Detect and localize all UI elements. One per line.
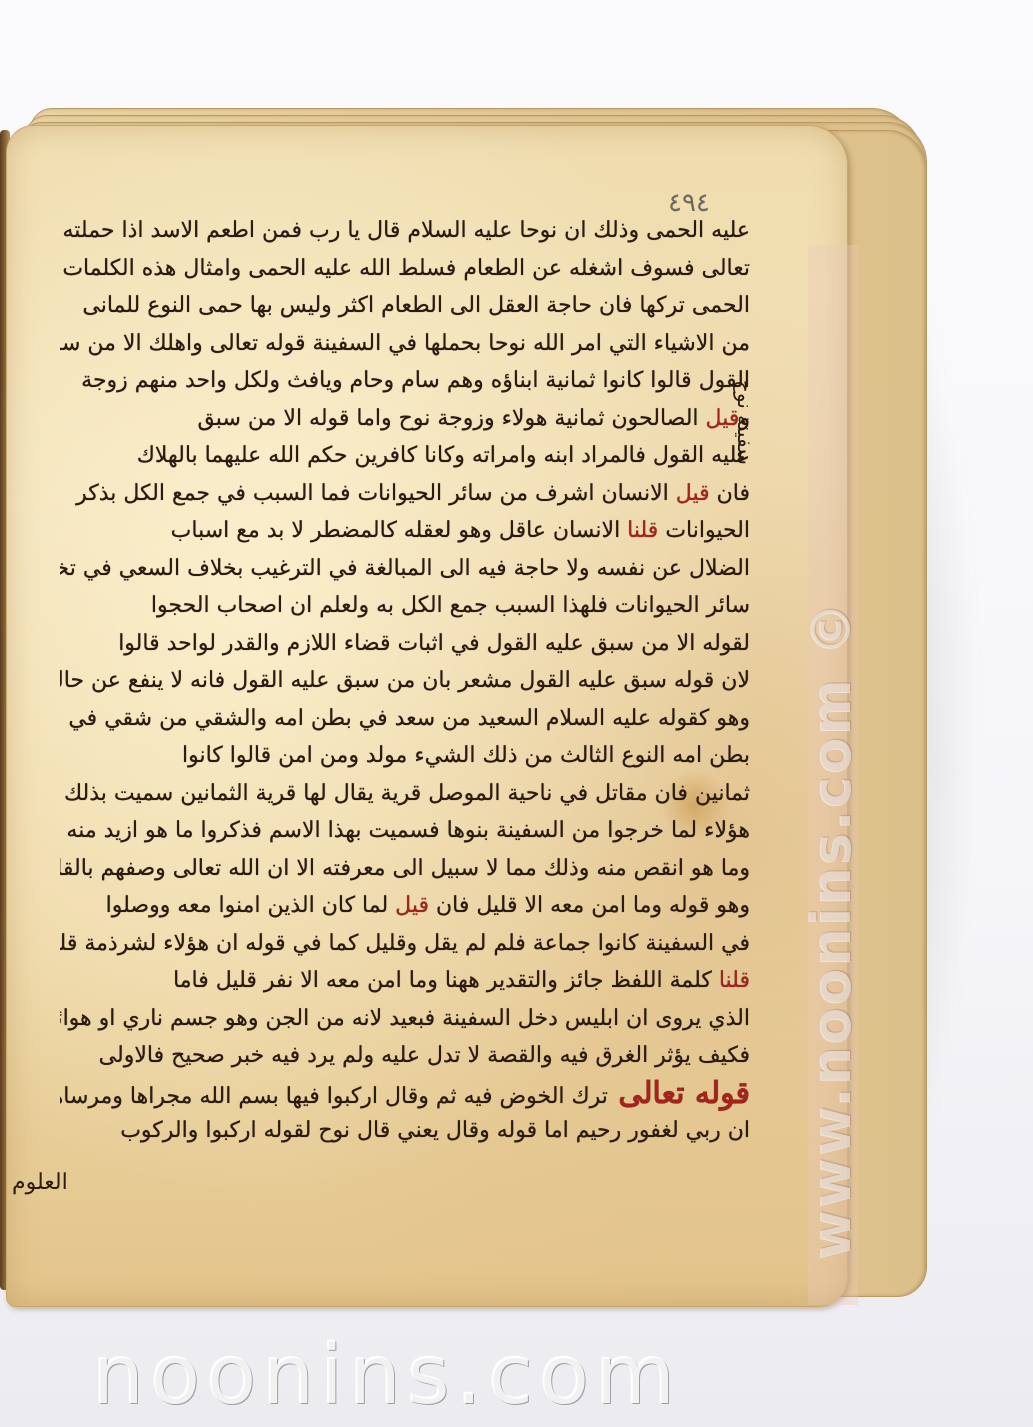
manuscript-line: قوله تعالى ترك الخوض فيه ثم وقال اركبوا … xyxy=(60,1075,750,1113)
manuscript-line: فان قيل الانسان اشرف من سائر الحيوانات ف… xyxy=(60,475,750,513)
rubric-word: قيل xyxy=(676,481,710,506)
manuscript-line: الحيوانات قلنا الانسان عاقل وهو لعقله كا… xyxy=(60,512,750,550)
rubric-word: قيل xyxy=(395,893,429,918)
manuscript-line: وقيل الصالحون ثمانية هولاء وزوجة نوح وام… xyxy=(60,400,750,438)
manuscript-line: وهو كقوله عليه السلام السعيد من سعد في ب… xyxy=(60,700,750,738)
manuscript-line: قلنا كلمة اللفظ جائز والتقدير ههنا وما ا… xyxy=(60,962,750,1000)
manuscript-line: ان ربي لغفور رحيم اما قوله وقال يعني قال… xyxy=(60,1112,750,1150)
rubric-word: قوله تعالى xyxy=(608,1076,750,1111)
manuscript-line: عليه القول فالمراد ابنه وامراته وكانا كا… xyxy=(60,437,750,475)
manuscript-line: وما هو انقص منه وذلك مما لا سبيل الى معر… xyxy=(60,850,750,888)
watermark-vertical: www.noonins.com © xyxy=(800,600,863,1260)
manuscript-line: في السفينة كانوا جماعة فلم لم يقل وقليل … xyxy=(60,925,750,963)
watermark-bottom: noonins.com xyxy=(92,1328,681,1423)
manuscript-line: بطن امه النوع الثالث من ذلك الشيء مولد و… xyxy=(60,737,750,775)
manuscript-line: لقوله الا من سبق عليه القول في اثبات قضا… xyxy=(60,625,750,663)
rubric-word: قلنا xyxy=(719,968,750,993)
catchword: العلوم xyxy=(12,1170,68,1195)
manuscript-line: من الاشياء التي امر الله نوحا بحملها في … xyxy=(60,325,750,363)
manuscript-line: وهو قوله وما امن معه الا قليل فان قيل لم… xyxy=(60,887,750,925)
manuscript-line: فكيف يؤثر الغرق فيه والقصة لا تدل عليه و… xyxy=(60,1037,750,1075)
manuscript-text-block: عليه الحمى وذلك ان نوحا عليه السلام قال … xyxy=(60,212,750,1150)
manuscript-line: القول قالوا كانوا ثمانية ابناؤه وهم سام … xyxy=(60,362,750,400)
manuscript-line: تعالى فسوف اشغله عن الطعام فسلط الله علي… xyxy=(60,250,750,288)
manuscript-line: الضلال عن نفسه ولا حاجة فيه الى المبالغة… xyxy=(60,550,750,588)
manuscript-line: الحمى تركها فان حاجة العقل الى الطعام اك… xyxy=(60,287,750,325)
manuscript-line: لان قوله سبق عليه القول مشعر بان من سبق … xyxy=(60,662,750,700)
margin-note: سفينة نوح xyxy=(733,380,757,465)
manuscript-line: عليه الحمى وذلك ان نوحا عليه السلام قال … xyxy=(60,212,750,250)
manuscript-line: ثمانين فان مقاتل في ناحية الموصل قرية يق… xyxy=(60,775,750,813)
manuscript-line: سائر الحيوانات فلهذا السبب جمع الكل به و… xyxy=(60,587,750,625)
manuscript-line: الذي يروى ان ابليس دخل السفينة فبعيد لان… xyxy=(60,1000,750,1038)
rubric-word: قلنا xyxy=(627,518,658,543)
manuscript-line: هؤلاء لما خرجوا من السفينة بنوها فسميت ب… xyxy=(60,812,750,850)
